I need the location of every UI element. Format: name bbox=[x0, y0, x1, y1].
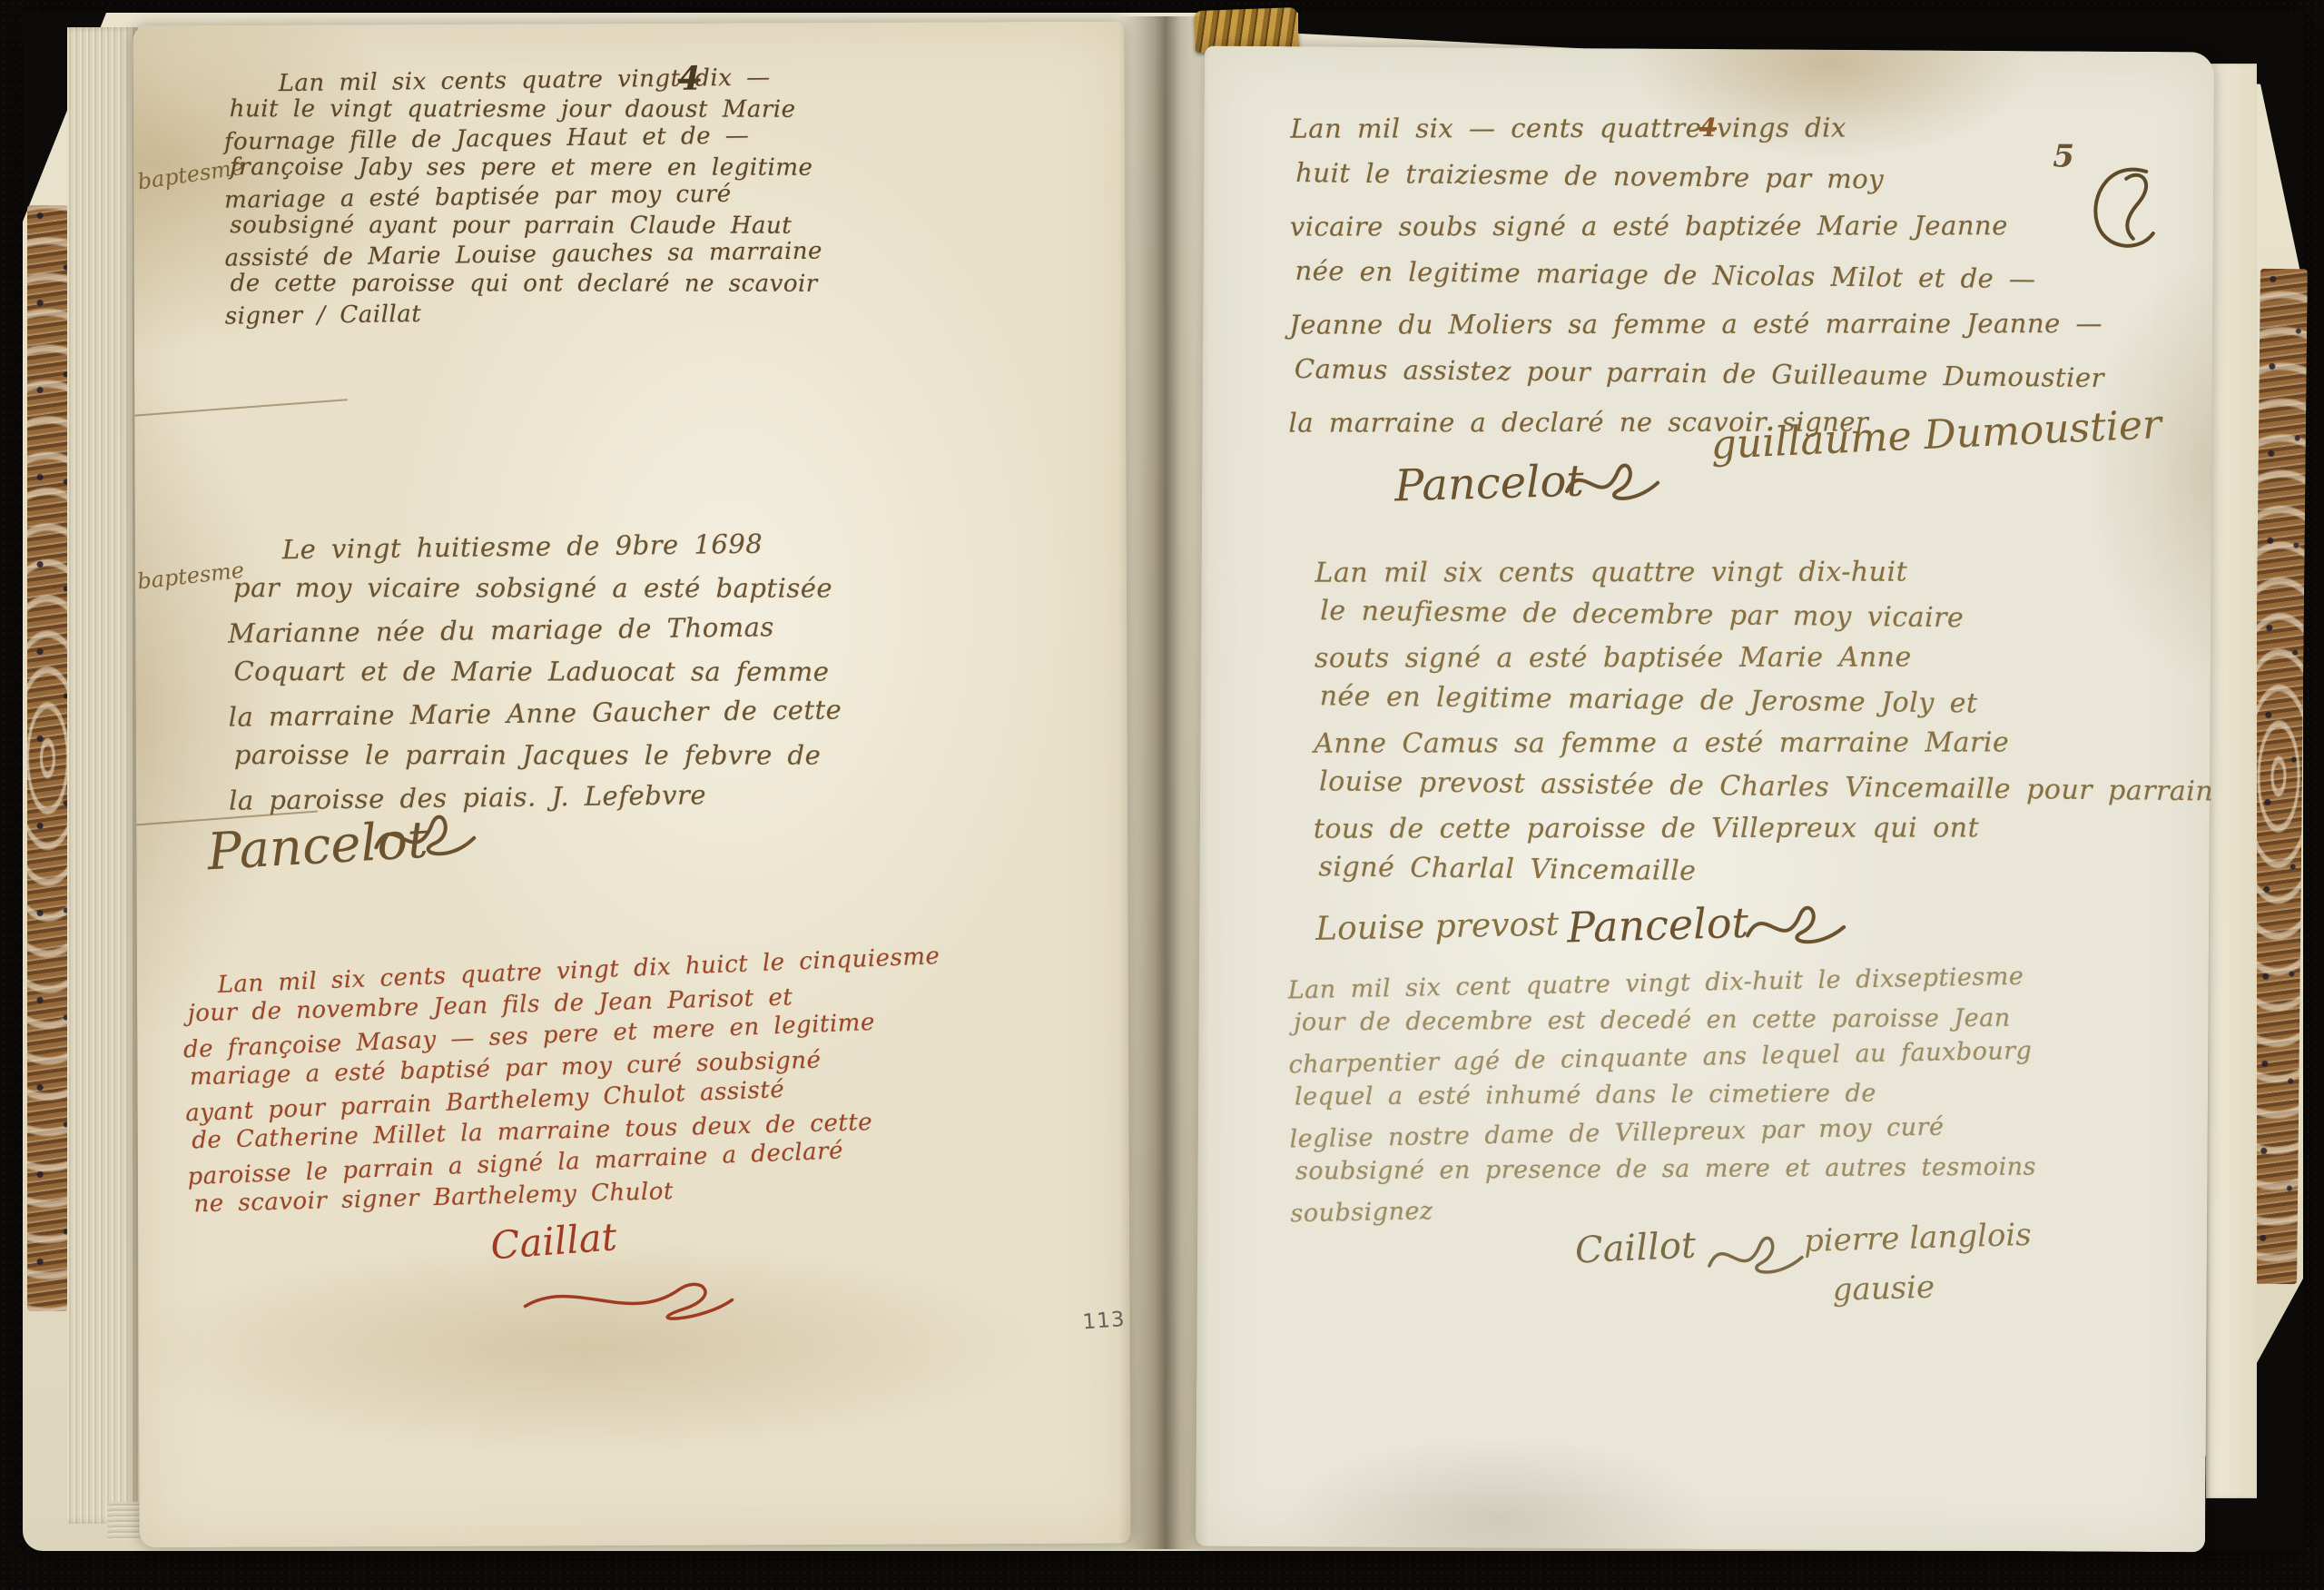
manuscript-line: Lan mil six cents quatre vingt dix — bbox=[278, 63, 841, 99]
manuscript-line: Coquart et de Marie Laduocat sa femme bbox=[233, 650, 869, 693]
paraph-flourish-red bbox=[519, 1269, 737, 1333]
manuscript-line: née en legitime mariage de Jerosme Joly … bbox=[1319, 675, 2082, 726]
burial-entry-faded: Lan mil six cent quatre vingt dix-huit l… bbox=[1287, 960, 2089, 1230]
manuscript-line: louise prevost assistée de Charles Vince… bbox=[1319, 760, 2082, 812]
paraph-flourish bbox=[372, 804, 481, 877]
manuscript-line: tous de cette paroisse de Villepreux qui… bbox=[1314, 806, 2076, 850]
flyleaf-edge-right bbox=[2206, 64, 2257, 1498]
signature-gausie: gausie bbox=[1832, 1269, 1935, 1309]
baptism-entry-marie-jeanne-milot: Lan mil six — cents quattre vings dixhui… bbox=[1288, 101, 2071, 449]
manuscript-line: mariage a esté baptisée par moy curé bbox=[224, 178, 842, 214]
paraph-flourish-faded bbox=[1706, 1226, 1806, 1292]
manuscript-line: vicaire soubs signé a esté baptizée Mari… bbox=[1290, 201, 2071, 252]
manuscript-line: Lan mil six — cents quattre vings dix bbox=[1290, 103, 2071, 153]
manuscript-line: huit le vingt quatriesme jour daoust Mar… bbox=[230, 94, 847, 124]
manuscript-line: Marianne née du mariage de Thomas bbox=[228, 605, 864, 655]
manuscript-line: Le vingt huitiesme de 9bre 1698 bbox=[282, 521, 864, 570]
manuscript-line: la marraine Marie Anne Gaucher de cette bbox=[228, 688, 864, 738]
manuscript-line: de cette paroisse qui ont declaré ne sca… bbox=[231, 269, 848, 299]
manuscript-line: par moy vicaire sobsigné a esté baptisée bbox=[233, 567, 869, 609]
right-page: 4 5 Lan mil six — cents quattre vings di… bbox=[1196, 46, 2214, 1553]
signature-louise-prevost: Louise prevost bbox=[1315, 906, 1560, 948]
paraph-flourish bbox=[1563, 453, 1663, 518]
signature-caillat-red: Caillat bbox=[489, 1214, 619, 1268]
manuscript-line: souts signé a esté baptisée Marie Anne bbox=[1315, 636, 2077, 679]
signature-pancelot-right-1: Pancelot bbox=[1393, 456, 1584, 512]
manuscript-line: françoise Jaby ses pere et mere en legit… bbox=[230, 153, 847, 183]
manuscript-line: Jeanne du Moliers sa femme a esté marrai… bbox=[1289, 299, 2070, 350]
manuscript-line: signer / Caillat bbox=[225, 294, 842, 331]
baptism-entry-jean-parisot-red: Lan mil six cents quatre vingt dix huict… bbox=[181, 947, 861, 1223]
paraph-flourish bbox=[1744, 894, 1848, 963]
baptism-entry-marie-fournage: Lan mil six cents quatre vingt dix —huit… bbox=[224, 64, 842, 329]
manuscript-line: huit le traiziesme de novembre par moy bbox=[1295, 148, 2077, 206]
manuscript-line: assisté de Marie Louise gauches sa marra… bbox=[224, 236, 842, 272]
manuscript-line: Camus assistez pour parrain de Guilleaum… bbox=[1295, 344, 2076, 402]
manuscript-line: Lan mil six cents quattre vingt dix-huit bbox=[1315, 550, 2077, 594]
manuscript-line: le neufiesme de decembre par moy vicaire bbox=[1320, 589, 2083, 641]
left-page: 4 baptesme Lan mil six cents quatre ving… bbox=[133, 22, 1130, 1548]
manuscript-line: paroisse le parrain Jacques le febvre de bbox=[234, 734, 870, 776]
baptism-entry-marianne-coquart: Le vingt huitiesme de 9bre 1698par moy v… bbox=[228, 524, 864, 819]
marbled-cover-left-edge bbox=[27, 205, 68, 1311]
manuscript-line: fournage fille de Jacques Haut et de — bbox=[224, 120, 842, 156]
manuscript-line: née en legitime mariage de Nicolas Milot… bbox=[1295, 246, 2076, 304]
photographed-open-register: 4 baptesme Lan mil six cents quatre ving… bbox=[0, 0, 2324, 1590]
paraph-flourish-top-right bbox=[2083, 159, 2170, 264]
page-block-fore-edge-left bbox=[67, 27, 138, 1524]
margin-underline-1 bbox=[134, 399, 348, 416]
signature-caillot: Caillot bbox=[1574, 1224, 1697, 1271]
signature-pierre-langlois: pierre langlois bbox=[1804, 1217, 2033, 1259]
manuscript-line: la paroisse des piais. J. Lefebvre bbox=[229, 772, 865, 822]
center-gutter-shadow bbox=[1118, 16, 1209, 1549]
manuscript-line: signé Charlal Vincemaille bbox=[1318, 845, 2081, 897]
baptism-entry-marie-anne-joly: Lan mil six cents quattre vingt dix-huit… bbox=[1313, 548, 2077, 894]
manuscript-line: Anne Camus sa femme a esté marraine Mari… bbox=[1314, 721, 2076, 765]
signature-pancelot-right-2: Pancelot bbox=[1566, 898, 1748, 953]
manuscript-line: soubsigné ayant pour parrain Claude Haut bbox=[230, 211, 847, 241]
